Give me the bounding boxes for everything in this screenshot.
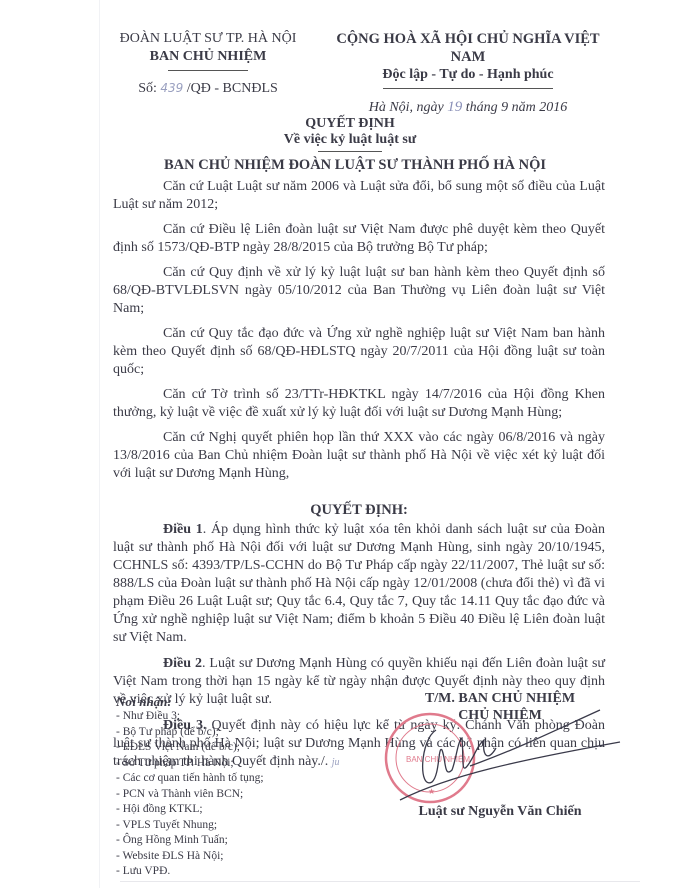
decision-heading: QUYẾT ĐỊNH: — [113, 501, 605, 519]
divider — [383, 88, 553, 89]
article-1: Điều 1. Áp dụng hình thức kỷ luật xóa tê… — [113, 521, 605, 647]
header-right: CỘNG HOÀ XÃ HỘI CHỦ NGHĨA VIỆT NAM Độc l… — [318, 30, 618, 116]
official-stamp-icon: BAN CHỦ NHIỆM ★ — [386, 714, 474, 802]
recipient-item: - Ông Hồng Minh Tuấn; — [116, 833, 356, 849]
recipient-item: - VPLS Tuyết Nhung; — [116, 818, 356, 834]
preamble-item: Căn cứ Quy tắc đạo đức và Ứng xử nghề ng… — [113, 325, 605, 379]
org-name: ĐOÀN LUẬT SƯ TP. HÀ NỘI — [108, 30, 308, 48]
title-main: QUYẾT ĐỊNH — [100, 116, 600, 132]
recipients-list: - Như Điều 3; - Bộ Tư pháp (để b/c); - L… — [116, 709, 356, 880]
recipient-item: - PCN và Thành viên BCN; — [116, 787, 356, 803]
issuer: BAN CHỦ NHIỆM ĐOÀN LUẬT SƯ THÀNH PHỐ HÀ … — [100, 157, 610, 174]
divider — [168, 70, 248, 71]
title-subject: Về việc kỷ luật luật sư — [100, 132, 600, 148]
recipients-label: Nơi nhận: — [116, 694, 356, 709]
preamble-item: Căn cứ Quy định về xử lý kỷ luật luật sư… — [113, 264, 605, 318]
recipient-item: - Lưu VPĐ. — [116, 864, 356, 880]
nation-name: CỘNG HOÀ XÃ HỘI CHỦ NGHĨA VIỆT NAM — [318, 30, 618, 66]
svg-text:★: ★ — [428, 787, 435, 796]
divider — [318, 151, 382, 152]
preamble-item: Căn cứ Điều lệ Liên đoàn luật sư Việt Na… — [113, 221, 605, 257]
recipient-item: - Website ĐLS Hà Nội; — [116, 849, 356, 865]
recipient-item: - LĐLS Việt Nam (để b/c); — [116, 740, 356, 756]
recipients: Nơi nhận: - Như Điều 3; - Bộ Tư pháp (để… — [116, 694, 356, 880]
header-left: ĐOÀN LUẬT SƯ TP. HÀ NỘI BAN CHỦ NHIỆM Số… — [108, 30, 308, 97]
recipient-item: - Các cơ quan tiến hành tố tụng; — [116, 771, 356, 787]
handwritten-day: 19 — [447, 99, 462, 115]
recipient-item: - Sở Tư pháp TP. Hà Nội; — [116, 756, 356, 772]
document-number: Số: 439 /QĐ - BCNĐLS — [108, 81, 308, 97]
preamble-item: Căn cứ Tờ trình số 23/TTr-HĐKTKL ngày 14… — [113, 386, 605, 422]
document-date: Hà Nội, ngày 19 tháng 9 năm 2016 — [318, 99, 618, 116]
signer-name: Luật sư Nguyễn Văn Chiến — [380, 804, 620, 820]
motto: Độc lập - Tự do - Hạnh phúc — [318, 66, 618, 83]
recipient-item: - Bộ Tư pháp (để b/c); — [116, 725, 356, 741]
signature-block: BAN CHỦ NHIỆM ★ T/M. BAN CHỦ NHIỆM CHỦ N… — [380, 690, 620, 724]
recipient-item: - Hội đồng KTKL; — [116, 802, 356, 818]
preamble-item: Căn cứ Luật Luật sư năm 2006 và Luật sửa… — [113, 178, 605, 214]
handwritten-number: 439 — [160, 81, 183, 95]
preamble-item: Căn cứ Nghị quyết phiên họp lần thứ XXX … — [113, 429, 605, 483]
scan-bottom-line — [120, 881, 640, 882]
stamp-and-signature-icon: BAN CHỦ NHIỆM ★ — [360, 690, 640, 810]
document-title: QUYẾT ĐỊNH Về việc kỷ luật luật sư — [100, 116, 600, 152]
dept-name: BAN CHỦ NHIỆM — [108, 48, 308, 65]
recipient-item: - Như Điều 3; — [116, 709, 356, 725]
